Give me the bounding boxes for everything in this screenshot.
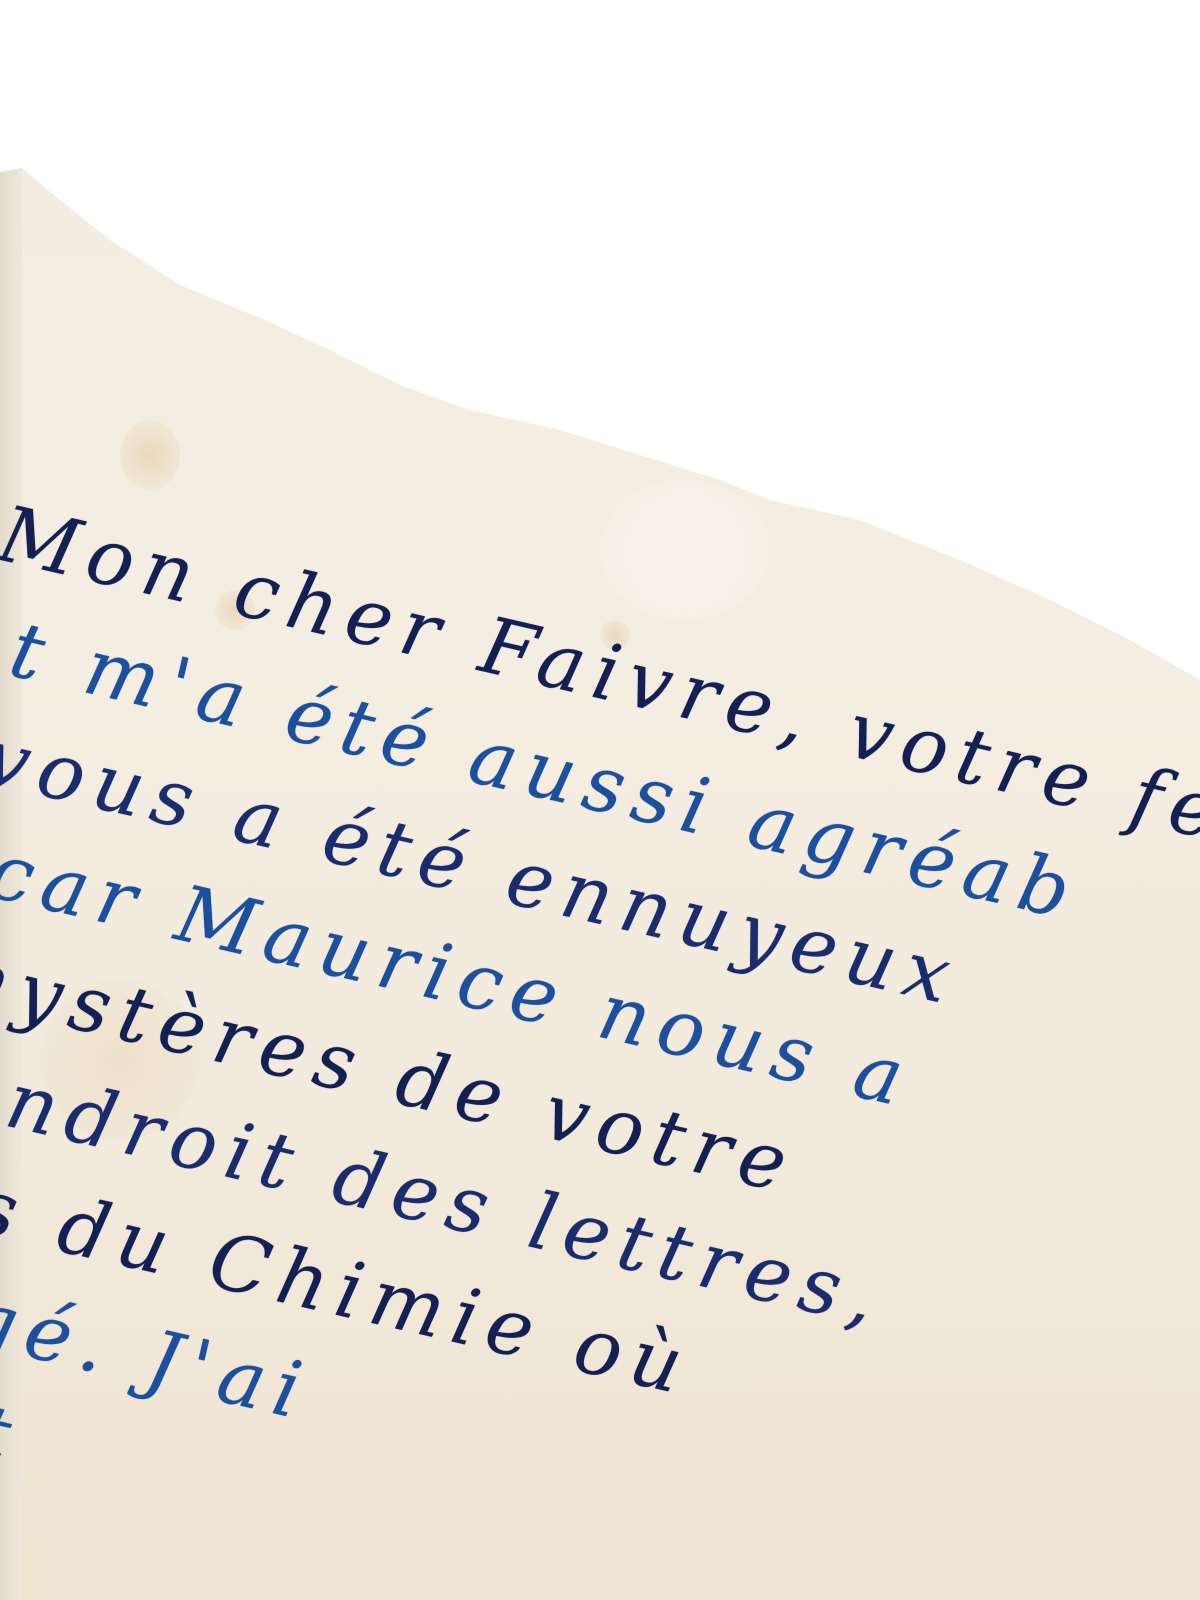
embossed-seal <box>600 480 770 620</box>
handwriting-block: Mon cher Faivre, votre fe not m'a été au… <box>0 0 1200 315</box>
foxing-stain <box>120 420 180 490</box>
letter-photo: Mon cher Faivre, votre fe not m'a été au… <box>0 0 1200 1600</box>
letter-paper: Mon cher Faivre, votre fe not m'a été au… <box>0 0 1200 1600</box>
